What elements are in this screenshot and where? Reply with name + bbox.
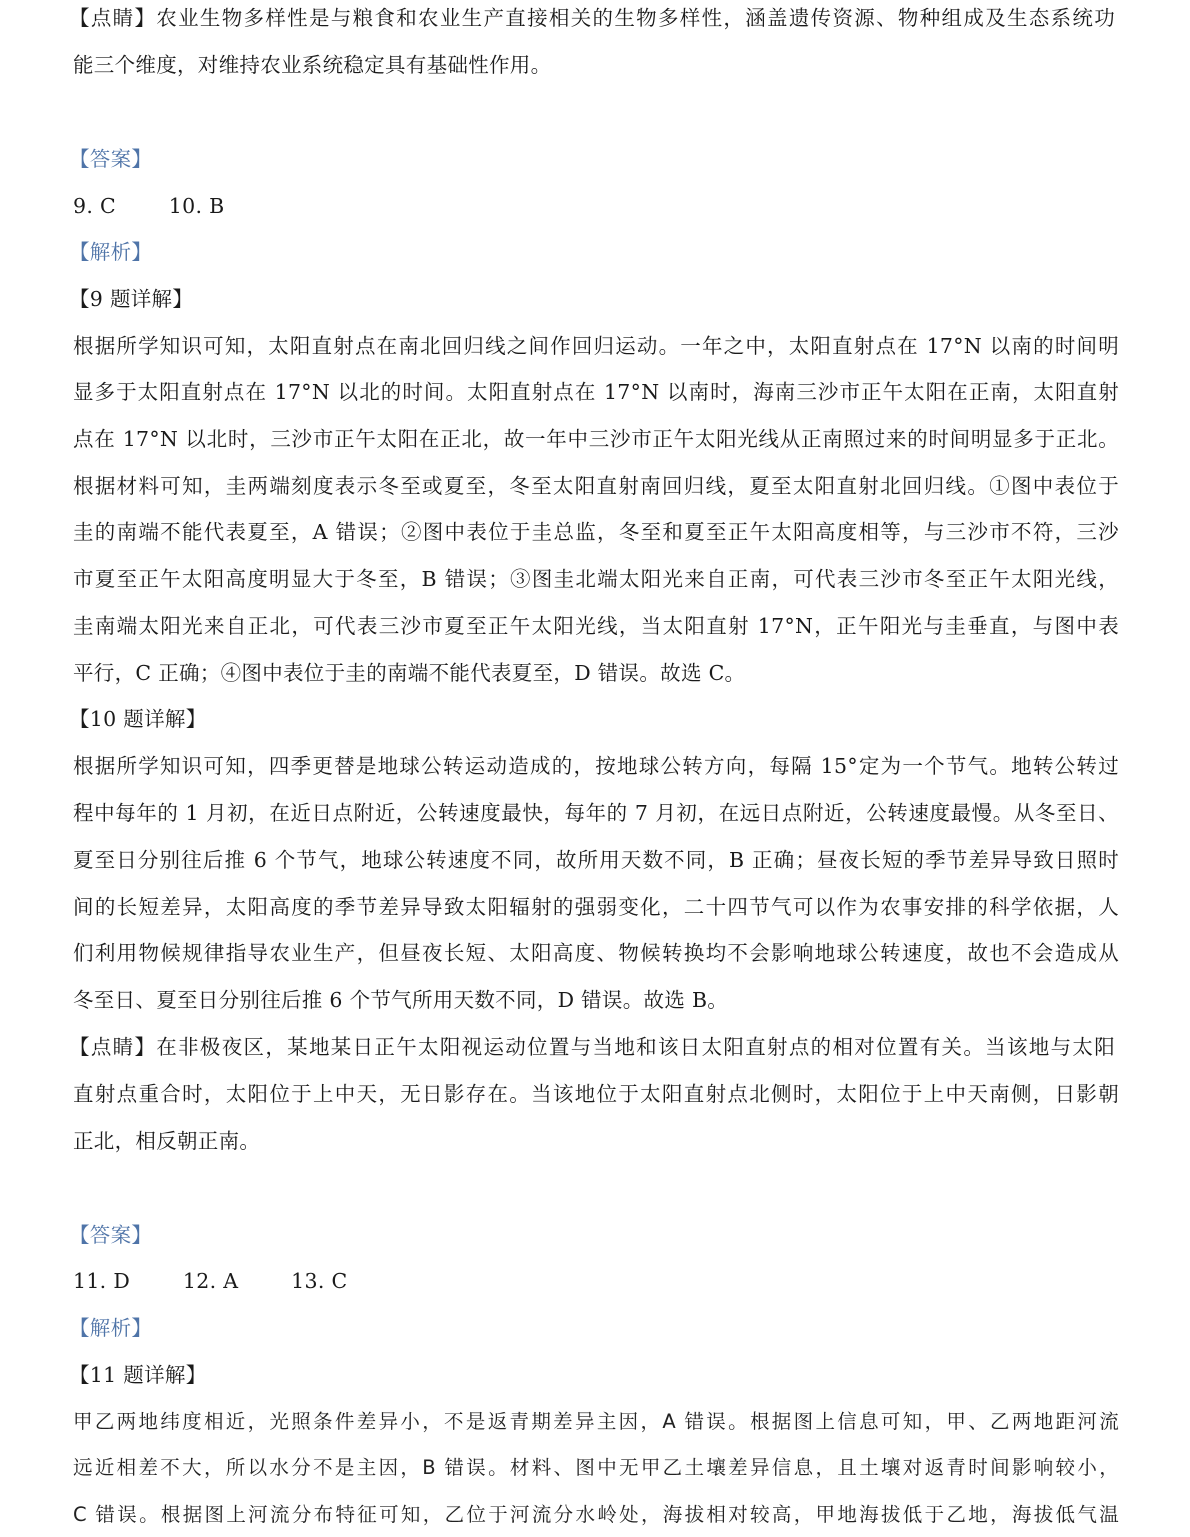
- q9-line: 市夏至正午太阳高度明显大于冬至，B 错误；③图圭北端太阳光来自正南，可代表三沙市…: [73, 556, 1119, 602]
- q10-line: 夏至日分别往后推 6 个节气，地球公转速度不同，故所用天数不同，B 正确；昼夜长…: [73, 837, 1119, 883]
- q9-line: 圭的南端不能代表夏至，A 错误；②图中表位于圭总监，冬至和夏至正午太阳高度相等，…: [73, 509, 1119, 555]
- q10-heading: 【10 题详解】: [69, 696, 207, 742]
- intro-note-line-1: 【点睛】农业生物多样性是与粮食和农业生产直接相关的生物多样性，涵盖遗传资源、物种…: [69, 0, 1115, 41]
- q9-line: 平行，C 正确；④图中表位于圭的南端不能代表夏至，D 错误。故选 C。: [73, 650, 745, 696]
- q9-line: 点在 17°N 以北时，三沙市正午太阳在正北，故一年中三沙市正午太阳光线从正南照…: [73, 416, 1119, 462]
- analysis-label: 【解析】: [69, 229, 152, 275]
- note-line: 正北，相反朝正南。: [73, 1118, 260, 1164]
- answer-item: 10. B: [169, 183, 225, 229]
- answer-label: 【答案】: [69, 1212, 152, 1258]
- q10-line: 冬至日、夏至日分别往后推 6 个节气所用天数不同，D 错误。故选 B。: [73, 977, 728, 1023]
- q9-line: 根据材料可知，圭两端刻度表示冬至或夏至，冬至太阳直射南回归线，夏至太阳直射北回归…: [73, 463, 1119, 509]
- q11-line: C 错误。根据图上河流分布特征可知，乙位于河流分水岭处，海拔相对较高，甲地海拔低…: [73, 1492, 1119, 1537]
- q11-heading: 【11 题详解】: [69, 1352, 207, 1398]
- answers-row: 9. C 10. B: [73, 183, 224, 229]
- answers-row: 11. D 12. A 13. C: [73, 1258, 347, 1304]
- note-line: 直射点重合时，太阳位于上中天，无日影存在。当该地位于太阳直射点北侧时，太阳位于上…: [73, 1071, 1119, 1117]
- answer-item: 12. A: [183, 1258, 238, 1304]
- answer-item: 9. C: [73, 183, 116, 229]
- q9-line: 根据所学知识可知，太阳直射点在南北回归线之间作回归运动。一年之中，太阳直射点在 …: [73, 323, 1119, 369]
- q10-line: 根据所学知识可知，四季更替是地球公转运动造成的，按地球公转方向，每隔 15°定为…: [73, 743, 1119, 789]
- intro-note-line-2: 能三个维度，对维持农业系统稳定具有基础性作用。: [73, 42, 551, 88]
- answer-label: 【答案】: [69, 136, 152, 182]
- q10-line: 间的长短差异，太阳高度的季节差异导致太阳辐射的强弱变化，二十四节气可以作为农事安…: [73, 884, 1119, 930]
- q9-heading: 【9 题详解】: [69, 276, 193, 322]
- note-line: 【点睛】在非极夜区，某地某日正午太阳视运动位置与当地和该日太阳直射点的相对位置有…: [69, 1024, 1115, 1070]
- q10-line: 程中每年的 1 月初，在近日点附近，公转速度最快，每年的 7 月初，在远日点附近…: [73, 790, 1119, 836]
- q11-line: 远近相差不大，所以水分不是主因，B 错误。材料、图中无甲乙土壤差异信息，且土壤对…: [73, 1445, 1119, 1491]
- answer-item: 11. D: [73, 1258, 130, 1304]
- q9-line: 显多于太阳直射点在 17°N 以北的时间。太阳直射点在 17°N 以南时，海南三…: [73, 369, 1119, 415]
- q9-line: 圭南端太阳光来自正北，可代表三沙市夏至正午太阳光线，当太阳直射 17°N，正午阳…: [73, 603, 1119, 649]
- answer-item: 13. C: [291, 1258, 347, 1304]
- q10-line: 们利用物候规律指导农业生产，但昼夜长短、太阳高度、物候转换均不会影响地球公转速度…: [73, 930, 1119, 976]
- q11-line: 甲乙两地纬度相近，光照条件差异小，不是返青期差异主因，A 错误。根据图上信息可知…: [73, 1399, 1119, 1445]
- analysis-label: 【解析】: [69, 1305, 152, 1351]
